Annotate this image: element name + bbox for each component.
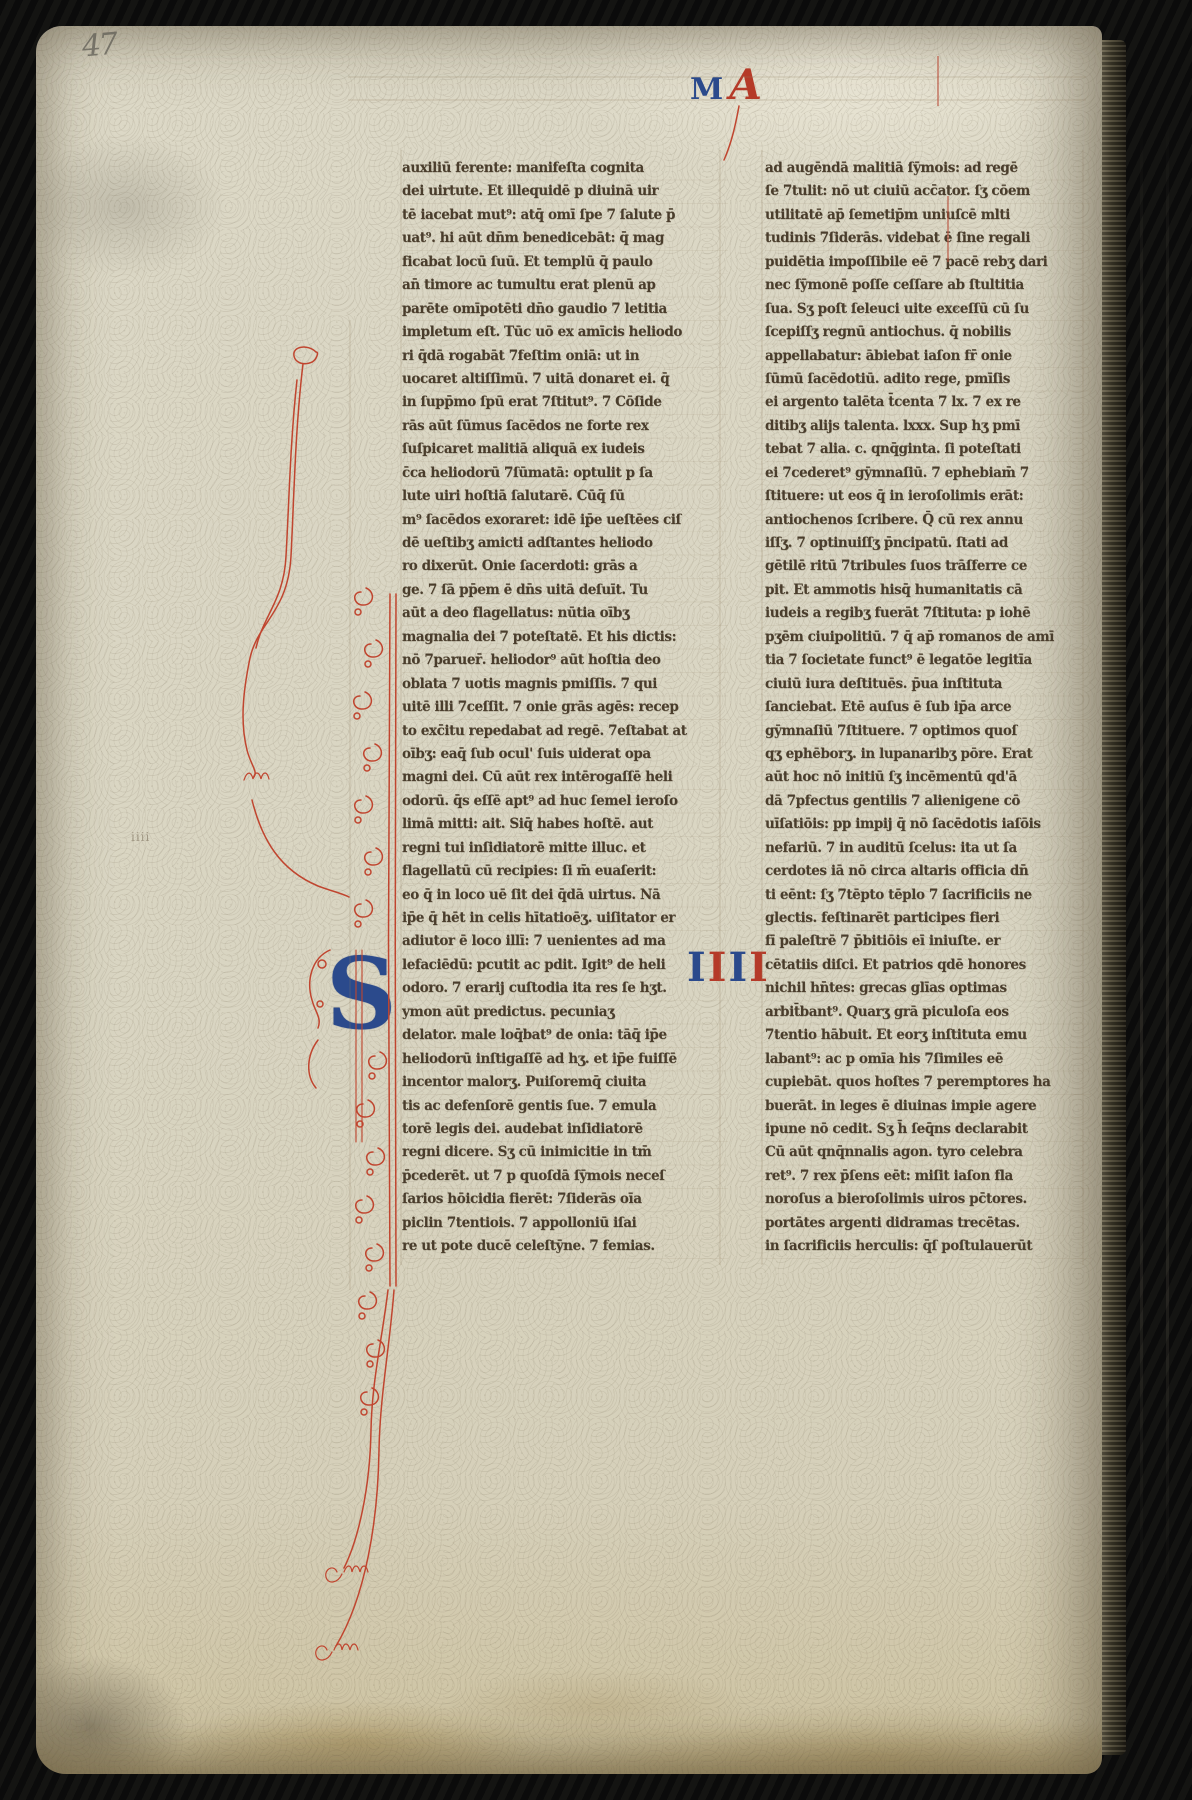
decorated-initial-s: S xyxy=(326,950,397,1040)
chapter-numeral-stroke: I xyxy=(749,944,770,991)
text-column-right: ad augēndā malitiā ſȳmois: ad regēſe 7tu… xyxy=(765,157,1091,1259)
manuscript-text-line: eo q̄ in loco uē ſit dei q̄dā uirtus. Nā xyxy=(402,884,728,907)
manuscript-text-line: heliodorū inſtigaſſē ad hʒ. et ip̄e fuiſ… xyxy=(402,1048,728,1071)
manuscript-text-line: ipune nō cedit. Sʒ h̄ ſeq̄ns declarabit xyxy=(765,1118,1091,1141)
manuscript-text-line: oblata 7 uotis magnis pmiſſis. 7 qui xyxy=(402,673,728,696)
manuscript-text-line: uīſatiōis: pp impij q̄ nō ſacēdotis iaſō… xyxy=(765,813,1091,836)
manuscript-text-line: dā 7pfectus gentilis 7 alienigene cō xyxy=(765,790,1091,813)
chapter-numeral-stroke: I xyxy=(708,944,729,991)
manuscript-text-line: p̄cederēt. ut 7 p quoſdā ſȳmois neceſ xyxy=(402,1165,728,1188)
manuscript-text-line: gȳmnaſiū 7ſtituere. 7 optimos quoſ xyxy=(765,720,1091,743)
manuscript-text-line: delator. male loq̄bat⁹ de onia: tāq̄ ip̄… xyxy=(402,1024,728,1047)
manuscript-text-line: ymon aūt predictus. pecuniaʒ xyxy=(402,1001,728,1024)
manuscript-text-line: portātes argenti didramas trecētas. xyxy=(765,1212,1091,1235)
manuscript-text-line: ſe 7tulit: nō ut ciuiū acc̄ator. ſʒ cōem xyxy=(765,180,1091,203)
manuscript-text-line: tis ac defenſorē gentis ſue. 7 emula xyxy=(402,1095,728,1118)
photographed-manuscript-scene: { "manuscript": { "folio_number": "47", … xyxy=(0,0,1192,1800)
manuscript-text-line: auxiliū ferente: manifeſta cognita xyxy=(402,157,728,180)
manuscript-text-line: ip̄e q̄ hēt in celis hītatioēʒ. uiſitato… xyxy=(402,907,728,930)
manuscript-text-line: ei 7cederet⁹ gȳmnaſiū. 7 ephebiam̄ 7 xyxy=(765,462,1091,485)
manuscript-text-line: nefariū. 7 in auditū ſcelus: ita ut ſa xyxy=(765,837,1091,860)
manuscript-text-line: utilitatē ap̄ ſemetip̄m uniuſcē mlti xyxy=(765,204,1091,227)
manuscript-text-line: lute uiri hoſtiā ſalutarē. Cūq̄ ſū xyxy=(402,485,728,508)
manuscript-text-line: gētilē ritū 7tribules ſuos trāſferre ce xyxy=(765,555,1091,578)
text-column-left: auxiliū ferente: manifeſta cognitadei ui… xyxy=(402,157,728,1259)
manuscript-text-line: an̄ timore ac tumultu erat plenū ap xyxy=(402,274,728,297)
manuscript-text-line: glectis. feſtinarēt participes fieri xyxy=(765,907,1091,930)
manuscript-text-line: oībʒ: eaq̄ ſub ocul' ſuis uiderat opa xyxy=(402,743,728,766)
manuscript-text-line: ge. 7 ſā pp̄em ē dn̄s uitā deſuīt. Tu xyxy=(402,579,728,602)
manuscript-text-line: fī paleſtrē 7 p̄bitiōis eī iniuſte. er xyxy=(765,930,1091,953)
manuscript-text-line: ſua. Sʒ poſt ſeleuci uite exceſſū cū ſu xyxy=(765,298,1091,321)
manuscript-text-line: cētatiis diſci. Et patrios qdē honores xyxy=(765,954,1091,977)
manuscript-text-line: in ſupp̄mo ſpū erat 7ſtitut⁹. 7 Cōſide xyxy=(402,391,728,414)
page-edge-streak xyxy=(1166,120,1169,1620)
manuscript-text-line: odoro. 7 erarij cuſtodia ita res ſe hʒt. xyxy=(402,977,728,1000)
margin-chapter-note: iiii xyxy=(131,830,150,844)
manuscript-text-line: ſcepiſſʒ regnū antiochus. q̄ nobilis xyxy=(765,321,1091,344)
manuscript-text-line: piclin 7tentiois. 7 appolloniū iſai xyxy=(402,1212,728,1235)
manuscript-text-line: rās aūt ſūmus ſacēdos ne forte rex xyxy=(402,415,728,438)
manuscript-text-line: m⁹ ſacēdos exoraret: idē ip̄e ueſtēes ci… xyxy=(402,509,728,532)
manuscript-text-line: odorū. q̄s eſſē apt⁹ ad huc ſemel ieroſo xyxy=(402,790,728,813)
manuscript-text-line: parēte omīpotēti dn̄o gaudio 7 letitia xyxy=(402,298,728,321)
manuscript-text-line: pʒēm ciuipolitiū. 7 q̄ ap̄ romanos de am… xyxy=(765,626,1091,649)
manuscript-text-line: ditibʒ alijs talenta. lxxx. Sup hʒ pmī xyxy=(765,415,1091,438)
manuscript-text-line: ri q̄dā rogabāt 7feſtim oniā: ut in xyxy=(402,345,728,368)
manuscript-text-line: magnalia dei 7 poteſtatē. Et his dictis: xyxy=(402,626,728,649)
manuscript-text-line: flagellatū cū recipies: ſi m̄ euaſerit: xyxy=(402,860,728,883)
manuscript-text-line: regni tui inſidiatorē mitte illuc. et xyxy=(402,837,728,860)
chapter-numeral: IIII xyxy=(687,944,770,991)
manuscript-text-line: ciuiū iura deſtituēs. p̄ua inſtituta xyxy=(765,673,1091,696)
manuscript-text-line: limā mitti: ait. Siq̄ habes hoſtē. aut xyxy=(402,813,728,836)
manuscript-text-line: ei argento talēta t̄centa 7 lx. 7 ex re xyxy=(765,391,1091,414)
manuscript-text-line: ret⁹. 7 rex p̄ſens eēt: miſit iaſon fla xyxy=(765,1165,1091,1188)
manuscript-text-line: qʒ ephēborʒ. in lupanaribʒ pōre. Erat xyxy=(765,743,1091,766)
manuscript-text-line: regni dicere. Sʒ cū inimicitie in tm̄ xyxy=(402,1141,728,1164)
manuscript-text-line: iſſʒ. 7 optinuiſſʒ p̄ncipatū. ſtati ad xyxy=(765,532,1091,555)
manuscript-text-line: incentor malorʒ. Puiſoremq̄ ciuita xyxy=(402,1071,728,1094)
manuscript-text-line: adiutor ē loco illī: 7 uenientes ad ma xyxy=(402,930,728,953)
chapter-numeral-stroke: I xyxy=(687,944,708,991)
manuscript-text-line: ſūmū ſacēdotiū. adito rege, pmīſis xyxy=(765,368,1091,391)
manuscript-text-line: c̄ca heliodorū 7ſūmatā: optulit p ſa xyxy=(402,462,728,485)
manuscript-text-line: uocaret altiſſimū. 7 uitā donaret ei. q̄ xyxy=(402,368,728,391)
chapter-numeral-stroke: I xyxy=(728,944,749,991)
manuscript-text-line: aūt hoc nō initiū ſʒ incēmentū qd'ā xyxy=(765,766,1091,789)
manuscript-text-line: tē iacebat mut⁹: atq̄ omī ſpe 7 ſalute p… xyxy=(402,204,728,227)
manuscript-text-line: cupiebāt. quos hoſtes 7 peremptores ha xyxy=(765,1071,1091,1094)
manuscript-text-line: ſarios hōicidia fierēt: 7ſiderās oīa xyxy=(402,1188,728,1211)
manuscript-text-line: to exc̄itu repedabat ad regē. 7eſtabat a… xyxy=(402,720,728,743)
manuscript-text-line: uat⁹. hi aūt dn̄m benedicebāt: q̄ mag xyxy=(402,227,728,250)
book-fore-edge xyxy=(1102,40,1126,1755)
manuscript-text-line: arbit̄bant⁹. Quarʒ grā piculoſa eos xyxy=(765,1001,1091,1024)
manuscript-text-line: uitē illi 7ceſſit. 7 onie grās agēs: rec… xyxy=(402,696,728,719)
manuscript-text-line: ti eēnt: ſʒ 7tēpto tēplo 7 ſacrificiis n… xyxy=(765,884,1091,907)
manuscript-text-line: ſtituere: ut eos q̄ in ieroſolimis erāt: xyxy=(765,485,1091,508)
manuscript-text-line: appellabatur: ābiebat iaſon fr̄ onie xyxy=(765,345,1091,368)
manuscript-text-line: impletum eſt. Tūc uō ex amīcis heliodo xyxy=(402,321,728,344)
manuscript-text-line: 7tentio hābuit. Et eorʒ inſtituta emu xyxy=(765,1024,1091,1047)
manuscript-text-line: ficabat locū ſuū. Et templū q̄ paulo xyxy=(402,251,728,274)
manuscript-text-line: puidētia impoſſibile eē 7 pacē rebʒ dari xyxy=(765,251,1091,274)
manuscript-text-line: iudeis a regibʒ fuerāt 7ſtituta: p iohē xyxy=(765,602,1091,625)
manuscript-text-line: aūt a deo flagellatus: nūtia oībʒ xyxy=(402,602,728,625)
margin-chevron-mark: › xyxy=(953,298,959,317)
manuscript-text-line: pit. Et ammotis hisq̄ humanitatis cā xyxy=(765,579,1091,602)
manuscript-text-line: ad augēndā malitiā ſȳmois: ad regē xyxy=(765,157,1091,180)
manuscript-text-line: nō 7paruer̄. heliodor⁹ aūt hoſtia deo xyxy=(402,649,728,672)
manuscript-text-line: nichil hn̄tes: grecas glīas optimas xyxy=(765,977,1091,1000)
manuscript-text-line: ro dixerūt. Onie ſacerdoti: grās a xyxy=(402,555,728,578)
manuscript-text-line: lefaciēdū: pcutit ac pdit. Igit⁹ de heli xyxy=(402,954,728,977)
manuscript-text-line: noroſus a bieroſolimis uiros pc̄tores. xyxy=(765,1188,1091,1211)
manuscript-text-line: tebat 7 alia. c. qnq̄ginta. ſi poteſtati xyxy=(765,438,1091,461)
page-edge-streak xyxy=(1140,120,1143,1620)
manuscript-text-line: ſuſpicaret malitiā aliquā ex iudeis xyxy=(402,438,728,461)
manuscript-text-line: cerdotes iā nō circa altaris officia dn̄ xyxy=(765,860,1091,883)
manuscript-text-line: nec ſȳmonē poſſe ceſſare ab ſtultitia xyxy=(765,274,1091,297)
manuscript-text-line: dē ueſtibʒ amicti adſtantes heliodo xyxy=(402,532,728,555)
manuscript-text-line: in ſacrificiis herculis: q̄ſ poſtulauerū… xyxy=(765,1235,1091,1258)
manuscript-text-line: labant⁹: ac p omīa his 7ſimiles eē xyxy=(765,1048,1091,1071)
running-header-letter-m: M xyxy=(690,72,723,107)
manuscript-text-line: Cū aūt qnq̄nnalis agon. tyro celebra xyxy=(765,1141,1091,1164)
manuscript-text-line: dei uirtute. Et illequidē p diuinā uir xyxy=(402,180,728,203)
folio-number: 47 xyxy=(81,27,118,65)
manuscript-text-line: re ut pote ducē celeſtȳne. 7 femias. xyxy=(402,1235,728,1258)
manuscript-text-line: magni dei. Cū aūt rex intērogaſſē heli xyxy=(402,766,728,789)
manuscript-text-line: ſanciebat. Etē auſus ē ſub ip̄a arce xyxy=(765,696,1091,719)
manuscript-text-line: antiochenos ſcribere. Q̄ cū rex annu xyxy=(765,509,1091,532)
manuscript-text-line: tudinis 7ſiderās. videbat ē ſine regali xyxy=(765,227,1091,250)
manuscript-text-line: tia 7 ſocietate funct⁹ ē legatōe legitīa xyxy=(765,649,1091,672)
manuscript-text-line: buerāt. in leges ē diuinas impie agere xyxy=(765,1095,1091,1118)
manuscript-text-line: torē legis dei. audebat inſidiatorē xyxy=(402,1118,728,1141)
